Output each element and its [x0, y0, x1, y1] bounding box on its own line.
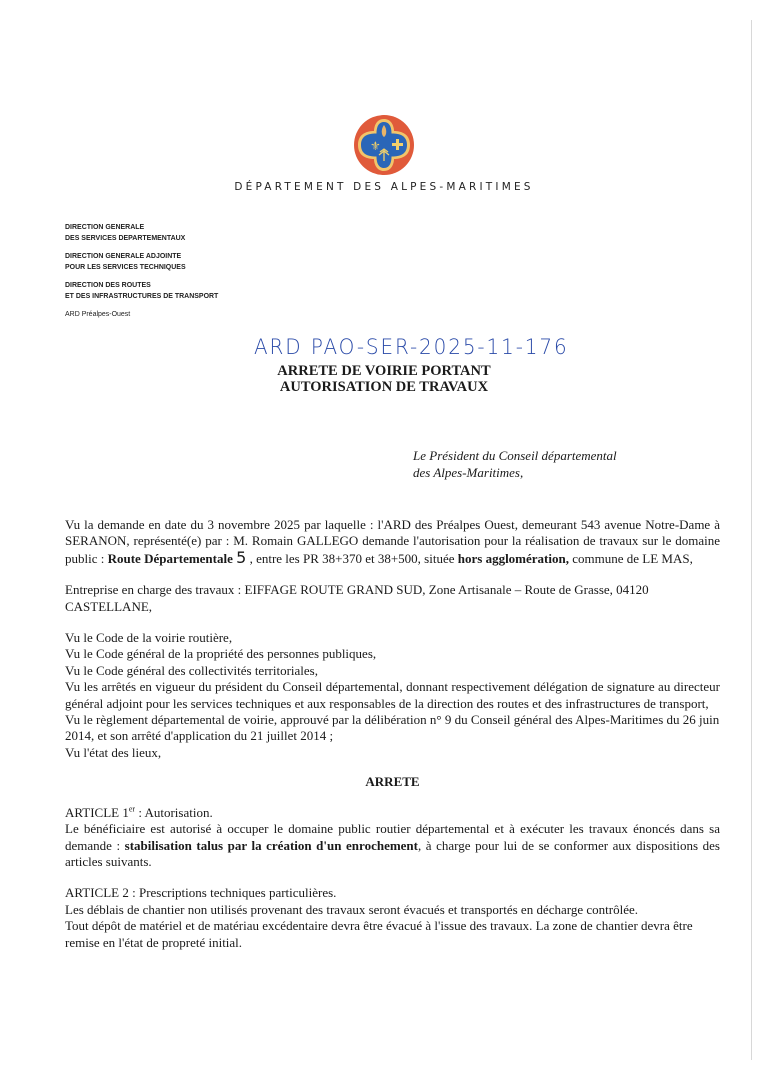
services-block: DIRECTION GENERALE DES SERVICES DEPARTEM… [65, 222, 218, 328]
service-line: DIRECTION GENERALE [65, 222, 218, 233]
article-2-line: Les déblais de chantier non utilisés pro… [65, 902, 720, 918]
request-text: , entre les PR 38+370 et 38+500, située [246, 551, 457, 566]
service-group-dga: DIRECTION GENERALE ADJOINTE POUR LES SER… [65, 251, 218, 272]
document-body: Vu la demande en date du 3 novembre 2025… [65, 517, 720, 951]
consideration-item: Vu le Code général des collectivités ter… [65, 663, 720, 679]
service-line: DES SERVICES DEPARTEMENTAUX [65, 233, 218, 244]
article-heading-text: ARTICLE 1 [65, 805, 129, 820]
decree-heading: ARRETE [65, 774, 720, 790]
service-line: DIRECTION GENERALE ADJOINTE [65, 251, 218, 262]
request-text: commune de LE MAS, [569, 551, 693, 566]
article-text-bold: stabilisation talus par la création d'un… [125, 838, 418, 853]
service-line: POUR LES SERVICES TECHNIQUES [65, 262, 218, 273]
title-line: AUTORISATION DE TRAVAUX [0, 379, 768, 395]
consideration-item: Vu l'état des lieux, [65, 745, 720, 761]
signatory-line: des Alpes-Maritimes, [413, 464, 617, 481]
road-number: 5 [236, 548, 246, 567]
article-2-line: Tout dépôt de matériel et de matériau ex… [65, 918, 720, 951]
article-1-text: Le bénéficiaire est autorisé à occuper l… [65, 821, 720, 870]
road-label: Route Départementale [108, 551, 233, 566]
department-name: DÉPARTEMENT DES ALPES-MARITIMES [0, 181, 768, 193]
article-1: ARTICLE 1er : Autorisation. Le bénéficia… [65, 805, 720, 871]
article-2-heading: ARTICLE 2 : Prescriptions techniques par… [65, 885, 720, 901]
handwritten-reference: ARD PAO-SER-2025-11-176 [254, 335, 569, 359]
location-bold: hors agglomération, [458, 551, 569, 566]
svg-text:⚜: ⚜ [370, 139, 381, 153]
consideration-item: Vu le règlement départemental de voirie,… [65, 712, 720, 745]
service-group-ard: ARD Préalpes-Ouest [65, 309, 218, 320]
article-2: ARTICLE 2 : Prescriptions techniques par… [65, 885, 720, 951]
coat-of-arms-logo: ⚜ [352, 113, 416, 177]
service-group-dgs: DIRECTION GENERALE DES SERVICES DEPARTEM… [65, 222, 218, 243]
contractor-paragraph: Entreprise en charge des travaux : EIFFA… [65, 582, 720, 615]
consideration-item: Vu le Code de la voirie routière, [65, 630, 720, 646]
scan-edge-line [751, 20, 752, 1060]
considerations-list: Vu le Code de la voirie routière, Vu le … [65, 630, 720, 761]
signatory-line: Le Président du Conseil départemental [413, 447, 617, 464]
signatory-block: Le Président du Conseil départemental de… [413, 447, 617, 481]
consideration-item: Vu les arrêtés en vigueur du président d… [65, 679, 720, 712]
service-line: DIRECTION DES ROUTES [65, 280, 218, 291]
request-paragraph: Vu la demande en date du 3 novembre 2025… [65, 517, 720, 567]
service-line: ARD Préalpes-Ouest [65, 309, 218, 320]
document-title: ARRETE DE VOIRIE PORTANT AUTORISATION DE… [0, 363, 768, 395]
title-line: ARRETE DE VOIRIE PORTANT [0, 363, 768, 379]
consideration-item: Vu le Code général de la propriété des p… [65, 646, 720, 662]
article-1-heading: ARTICLE 1er : Autorisation. [65, 805, 720, 821]
service-group-routes: DIRECTION DES ROUTES ET DES INFRASTRUCTU… [65, 280, 218, 301]
service-line: ET DES INFRASTRUCTURES DE TRANSPORT [65, 291, 218, 302]
article-heading-text: : Autorisation. [135, 805, 213, 820]
